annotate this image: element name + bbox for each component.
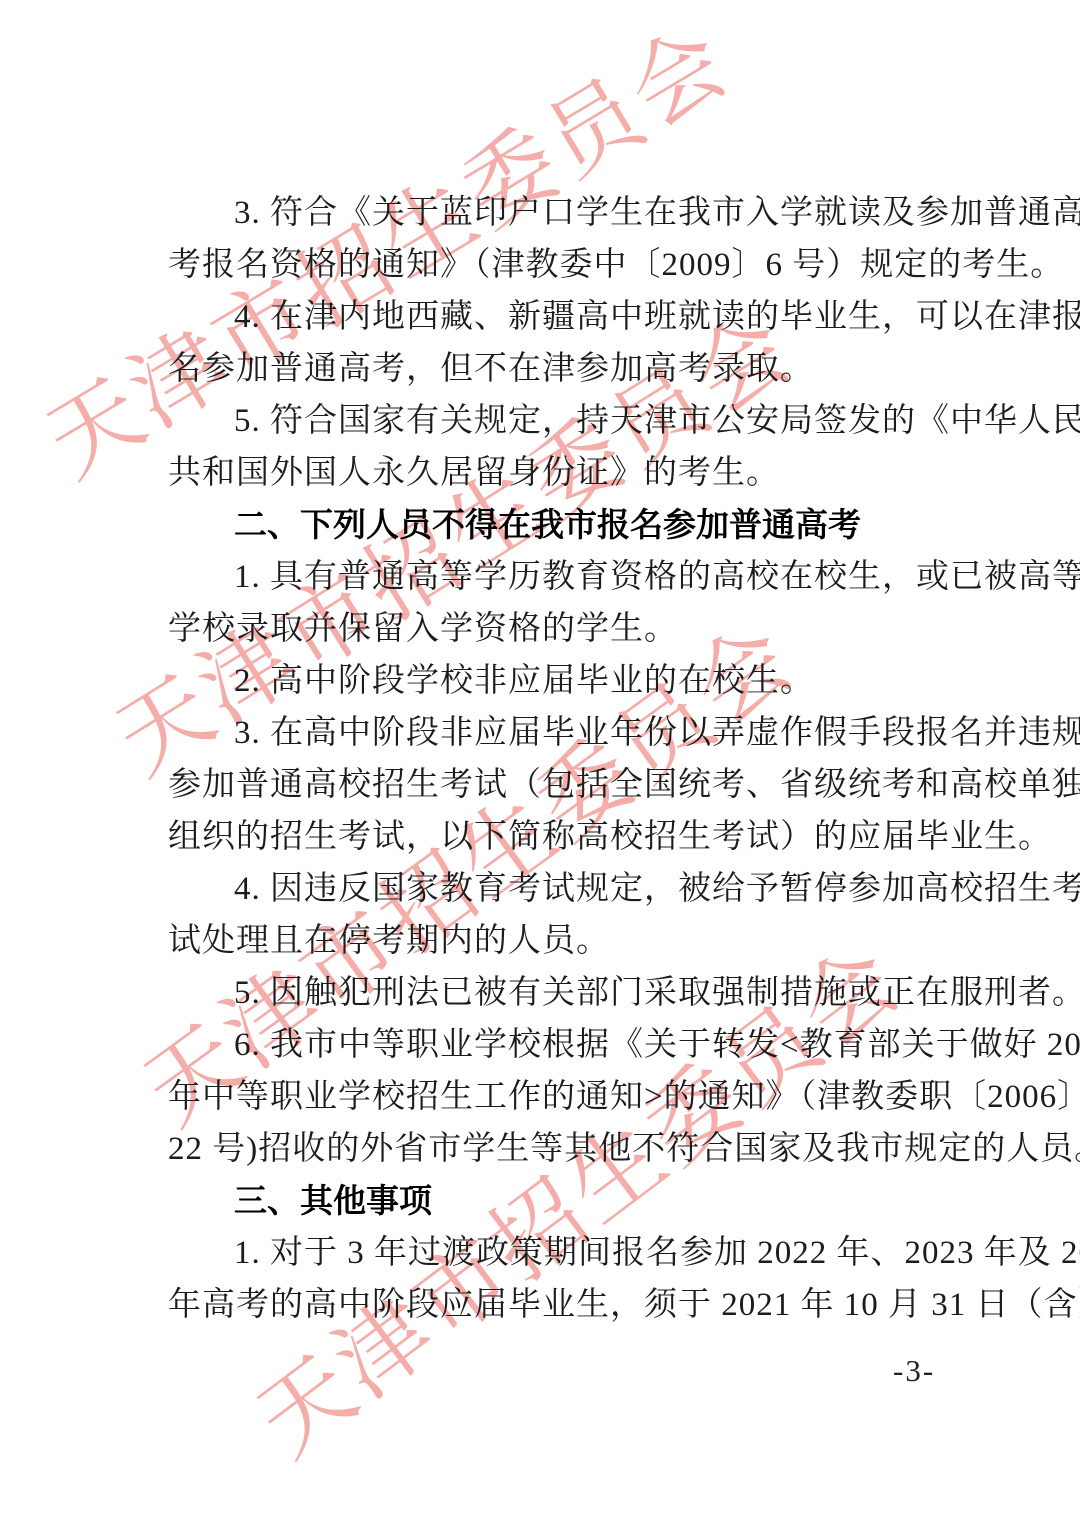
document-line: 试处理且在停考期内的人员。: [168, 915, 968, 967]
document-line: 参加普通高校招生考试（包括全国统考、省级统考和高校单独: [168, 759, 968, 811]
document-line: 年中等职业学校招生工作的通知>的通知》（津教委职〔2006〕: [168, 1071, 968, 1123]
document-line: 5. 因触犯刑法已被有关部门采取强制措施或正在服刑者。: [168, 967, 968, 1019]
document-line: 1. 对于 3 年过渡政策期间报名参加 2022 年、2023 年及 2024: [168, 1227, 968, 1279]
document-line: 6. 我市中等职业学校根据《关于转发<教育部关于做好 2006: [168, 1019, 968, 1071]
document-line: 3. 符合《关于蓝印户口学生在我市入学就读及参加普通高: [168, 187, 968, 239]
document-line: 3. 在高中阶段非应届毕业年份以弄虚作假手段报名并违规: [168, 707, 968, 759]
document-body: 3. 符合《关于蓝印户口学生在我市入学就读及参加普通高考报名资格的通知》（津教委…: [168, 187, 968, 1331]
page-number: -3-: [893, 1351, 935, 1391]
document-line: 2. 高中阶段学校非应届毕业的在校生。: [168, 655, 968, 707]
document-line: 4. 因违反国家教育考试规定，被给予暂停参加高校招生考: [168, 863, 968, 915]
document-line: 5. 符合国家有关规定，持天津市公安局签发的《中华人民: [168, 395, 968, 447]
document-page: 天津市招生委员会 天津市招生委员会 天津市招生委员会 天津市招生委员会 3. 符…: [0, 0, 1080, 1527]
section-heading: 二、下列人员不得在我市报名参加普通高考: [168, 499, 968, 551]
document-line: 学校录取并保留入学资格的学生。: [168, 603, 968, 655]
document-line: 1. 具有普通高等学历教育资格的高校在校生，或已被高等: [168, 551, 968, 603]
section-heading: 三、其他事项: [168, 1175, 968, 1227]
document-line: 考报名资格的通知》（津教委中〔2009〕6 号）规定的考生。: [168, 239, 968, 291]
document-line: 名参加普通高考，但不在津参加高考录取。: [168, 343, 968, 395]
document-line: 组织的招生考试，以下简称高校招生考试）的应届毕业生。: [168, 811, 968, 863]
document-line: 22 号)招收的外省市学生等其他不符合国家及我市规定的人员。: [168, 1123, 968, 1175]
document-line: 共和国外国人永久居留身份证》的考生。: [168, 447, 968, 499]
document-line: 4. 在津内地西藏、新疆高中班就读的毕业生，可以在津报: [168, 291, 968, 343]
document-line: 年高考的高中阶段应届毕业生，须于 2021 年 10 月 31 日（含）: [168, 1279, 968, 1331]
